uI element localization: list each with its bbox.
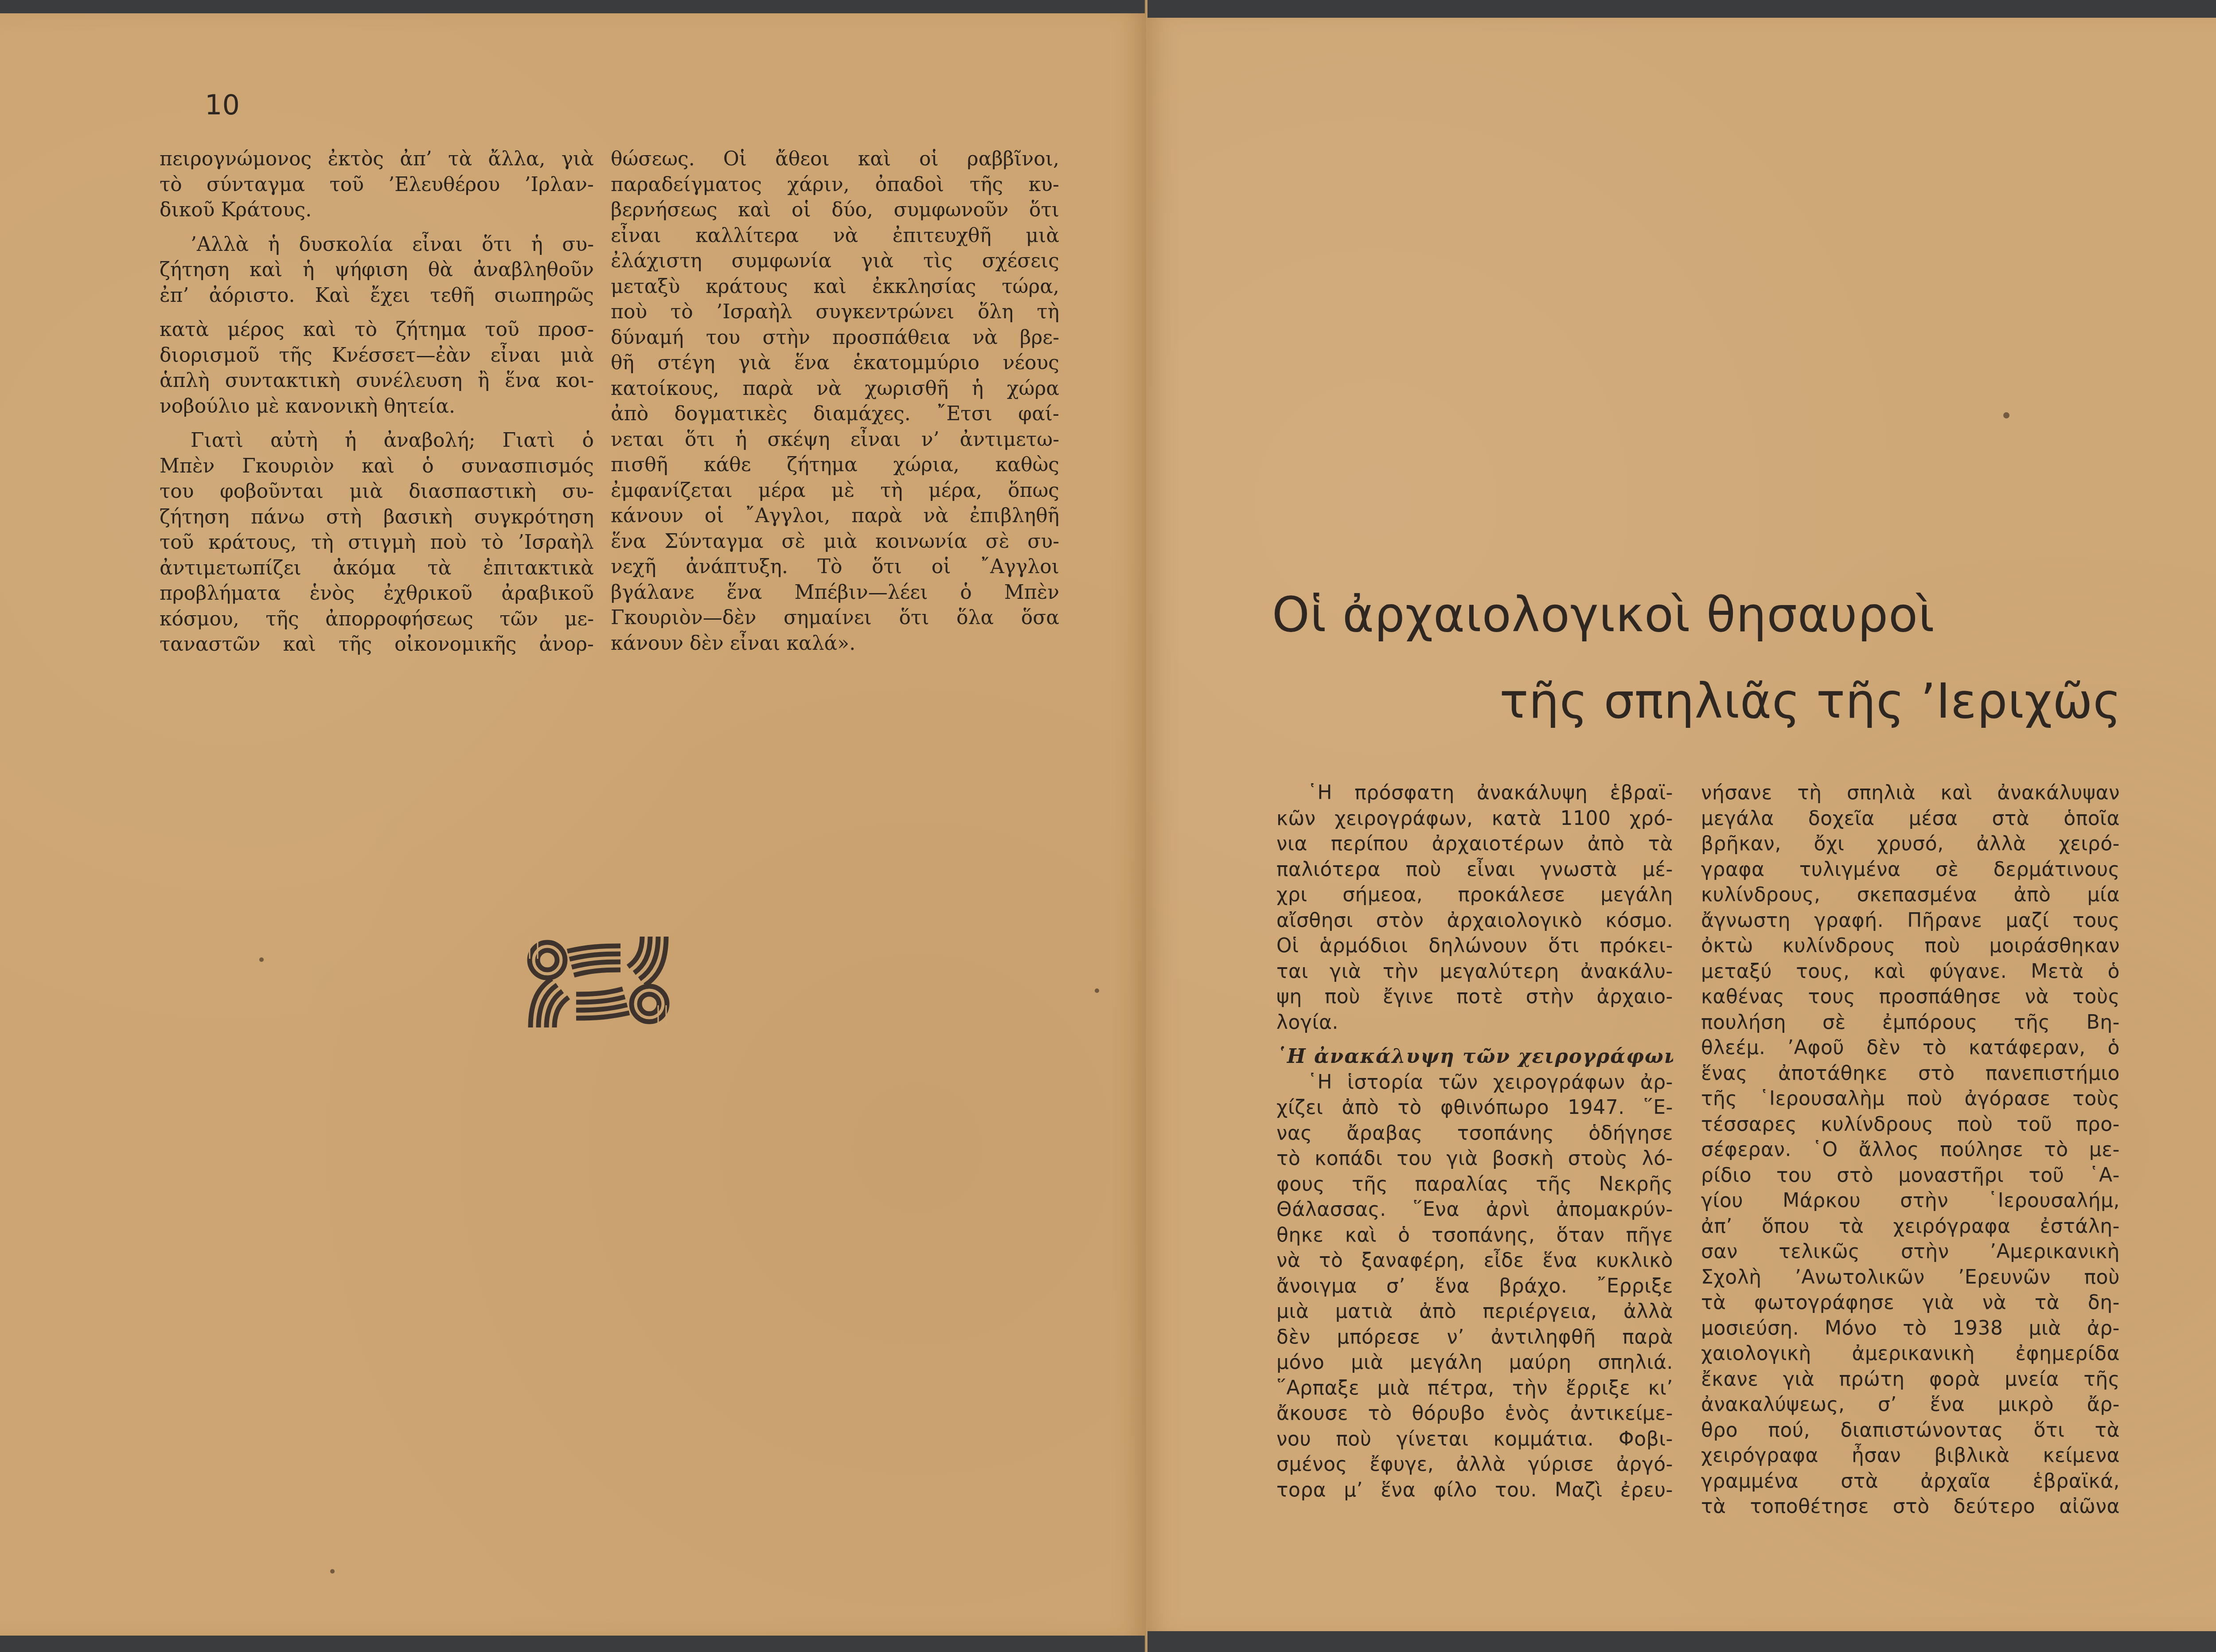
text-line: νεχῆ ἀνάπτυξη. Τὸ ὅτι οἱ ῎Αγγλοι	[611, 554, 1059, 580]
text-line: παραδείγματος χάριν, ὀπαδοὶ τῆς κυ-	[611, 172, 1059, 198]
text-line: τὸ κοπάδι του γιὰ βοσκὴ στοὺς λό-	[1276, 1146, 1673, 1172]
text-line: Θάλασσας. ῞Ενα ἀρνὶ ἀπομακρύν-	[1276, 1197, 1673, 1222]
text-line: γραφα τυλιγμένα σὲ δερμάτινους	[1701, 857, 2120, 883]
text-line: τέσσαρες κυλίνδρους ποὺ τοῦ προ-	[1701, 1112, 2120, 1137]
article-title-line-2: τῆς σπηλιᾶς τῆς ’Ιεριχῶς	[1499, 674, 2122, 729]
text-line: ἐπ’ ἀόριστο. Καὶ ἔχει τεθῆ σιωπηρῶς	[160, 283, 594, 309]
text-line: προβλήματα ἑνὸς ἐχθρικοῦ ἀραβικοῦ	[160, 581, 594, 606]
text-line: ἔκανε γιὰ πρώτη φορὰ μνεία τῆς	[1701, 1367, 2120, 1392]
text-line: τῆς ῾Ιερουσαλὴμ ποὺ ἀγόρασε τοὺς	[1701, 1086, 2120, 1112]
text-line: ἀνακαλύψεως, σ’ ἕνα μικρὸ ἄρ-	[1701, 1392, 2120, 1418]
text-line: πειρογνώμονος ἐκτὸς ἀπ’ τὰ ἄλλα, γιὰ	[160, 146, 594, 172]
text-line: ψη ποὺ ἔγινε ποτὲ στὴν ἀρχαιο-	[1276, 984, 1673, 1010]
text-line: θλεέμ. ’Αφοῦ δὲν τὸ κατάφεραν, ὁ	[1701, 1035, 2120, 1061]
text-line: μοσιεύση. Μόνο τὸ 1938 μιὰ ἀρ-	[1701, 1316, 2120, 1341]
text-line: μεγάλα δοχεῖα μέσα στὰ ὁποῖα	[1701, 806, 2120, 832]
text-line: Γκουριὸν—δὲν σημαίνει ὅτι ὅλα ὅσα	[611, 605, 1059, 631]
section-subheading: ῾Η ἀνακάλυψη τῶν χειρογράφων.	[1276, 1044, 1673, 1070]
text-line: δὲν μπόρεσε ν’ ἀντιληφθῆ παρὰ	[1276, 1324, 1673, 1350]
page-number: 10	[205, 89, 240, 121]
text-line: κατοίκους, παρὰ νὰ χωρισθῆ ἡ χώρα	[611, 376, 1059, 402]
text-line: λογία.	[1276, 1010, 1673, 1035]
text-line: Γιατὶ αὐτὴ ἡ ἀναβολή; Γιατὶ ὁ	[160, 428, 594, 453]
paper-speck	[1095, 988, 1099, 993]
text-line: ἀντιμετωπίζει ἀκόμα τὰ ἐπιτακτικὰ	[160, 555, 594, 581]
text-line: τὰ φωτογράφησε γιὰ νὰ τὰ δη-	[1701, 1290, 2120, 1316]
text-line: δύναμή του στὴν προσπάθεια νὰ βρε-	[611, 325, 1059, 351]
text-line: θηκε καὶ ὁ τσοπάνης, ὅταν πῆγε	[1276, 1222, 1673, 1248]
text-line: νὰ τὸ ξαναφέρη, εἶδε ἕνα κυκλικὸ	[1276, 1248, 1673, 1273]
text-line: ἀπ’ ὅπου τὰ χειρόγραφα ἐστάλη-	[1701, 1214, 2120, 1239]
text-line: ρίδιο του στὸ μοναστῆρι τοῦ ῾Α-	[1701, 1163, 2120, 1188]
text-line: βγάλανε ἕνα Μπέβιν—λέει ὁ Μπὲν	[611, 580, 1059, 605]
text-line: θώσεως. Οἱ ἄθεοι καὶ οἱ ραββῖνοι,	[611, 146, 1059, 172]
text-line: αἴσθησι στὸν ἀρχαιολογικὸ κόσμο.	[1276, 908, 1673, 933]
text-line: ῞Αρπαξε μιὰ πέτρα, τὴν ἔρριξε κι’	[1276, 1375, 1673, 1401]
text-line: εἶναι καλλίτερα νὰ ἐπιτευχθῆ μιὰ	[611, 223, 1059, 249]
text-line: ἄνοιγμα σ’ ἕνα βράχο. ῎Ερριξε	[1276, 1273, 1673, 1299]
text-line: ἕνας ἀποτάθηκε στὸ πανεπιστήμιο	[1701, 1061, 2120, 1086]
text-line: γίου Μάρκου στὴν ῾Ιερουσαλήμ,	[1701, 1188, 2120, 1214]
text-line: κάνουν οἱ ῎Αγγλοι, παρὰ νὰ ἐπιβληθῆ	[611, 503, 1059, 529]
text-line: κόσμου, τῆς ἀπορροφήσεως τῶν με-	[160, 606, 594, 632]
paper-speck	[330, 1569, 335, 1574]
article-title-line-1: Οἱ ἀρχαιολογικοὶ θησαυροὶ	[1272, 587, 1935, 643]
text-line: ῾Η πρόσφατη ἀνακάλυψη ἑβραϊ-	[1276, 780, 1673, 806]
text-line: Οἱ ἁρμόδιοι δηλώνουν ὅτι πρόκει-	[1276, 933, 1673, 959]
paper-speck	[2003, 412, 2009, 418]
text-line: πισθῆ κάθε ζήτημα χώρια, καθὼς	[611, 452, 1059, 478]
text-line: ταναστῶν καὶ τῆς οἰκονομικῆς ἀνορ-	[160, 632, 594, 657]
text-line: ’Αλλὰ ἡ δυσκολία εἶναι ὅτι ἡ συ-	[160, 232, 594, 258]
text-line: νεται ὅτι ἡ σκέψη εἶναι ν’ ἀντιμετω-	[611, 427, 1059, 453]
text-line: χαιολογικὴ ἀμερικανικὴ ἐφημερίδα	[1701, 1341, 2120, 1367]
paper-speck	[259, 957, 264, 962]
text-line: ζήτηση καὶ ἡ ψήφιση θὰ ἀναβληθοῦν	[160, 257, 594, 283]
text-line: σέφεραν. ῾Ο ἄλλος πούλησε τὸ με-	[1701, 1137, 2120, 1163]
text-line: ὀκτὼ κυλίνδρους ποὺ μοιράσθηκαν	[1701, 933, 2120, 959]
text-line: ἁπλὴ συντακτικὴ συνέλευση ἢ ἕνα κοι-	[160, 368, 594, 394]
text-line: φους τῆς παραλίας τῆς Νεκρῆς	[1276, 1172, 1673, 1197]
text-line: νου ποὺ γίνεται κομμάτια. Φοβι-	[1276, 1426, 1673, 1452]
text-line: ται γιὰ τὴν μεγαλύτερη ἀνακάλυ-	[1276, 959, 1673, 984]
text-line: γραμμένα στὰ ἀρχαῖα ἑβραϊκά,	[1701, 1468, 2120, 1494]
text-line: βρῆκαν, ὄχι χρυσό, ἀλλὰ χειρό-	[1701, 831, 2120, 857]
right-page-column-1: ῾Η πρόσφατη ἀνακάλυψη ἑβραϊ- κῶν χειρογρ…	[1276, 780, 1673, 1503]
left-page-column-1: πειρογνώμονος ἐκτὸς ἀπ’ τὰ ἄλλα, γιὰ τὸ …	[160, 146, 594, 657]
text-line: ἐμφανίζεται μέρα μὲ τὴ μέρα, ὅπως	[611, 478, 1059, 504]
left-page-column-2: θώσεως. Οἱ ἄθεοι καὶ οἱ ραββῖνοι, παραδε…	[611, 146, 1059, 656]
text-line: σμένος ἔφυγε, ἀλλὰ γύρισε ἀργό-	[1276, 1452, 1673, 1477]
text-line: Σχολὴ ’Ανωτολικῶν ’Ερευνῶν ποὺ	[1701, 1265, 2120, 1290]
text-line: τοῦ κράτους, τὴ στιγμὴ ποὺ τὸ ’Ισραὴλ	[160, 530, 594, 555]
text-line: νοβούλιο μὲ κανονικὴ θητεία.	[160, 394, 594, 419]
text-line: κυλίνδρους, σκεπασμένα ἀπὸ μία	[1701, 882, 2120, 908]
text-line: μεταξύ τους, καὶ φύγανε. Μετὰ ὁ	[1701, 959, 2120, 984]
text-line: ποὺ τὸ ’Ισραὴλ συγκεντρώνει ὅλη τὴ	[611, 299, 1059, 325]
text-line: χειρόγραφα ἦσαν βιβλικὰ κείμενα	[1701, 1443, 2120, 1468]
text-line: χρι σήμεοα, προκάλεσε μεγάλη	[1276, 882, 1673, 908]
text-line: ῾Η ἱστορία τῶν χειρογράφων ἀρ-	[1276, 1070, 1673, 1095]
text-line: τορα μ’ ἕνα φίλο του. Μαζὶ ἐρευ-	[1276, 1477, 1673, 1503]
text-line: κῶν χειρογράφων, κατὰ 1100 χρό-	[1276, 806, 1673, 832]
text-line: διορισμοῦ τῆς Κνέσσετ—ἐὰν εἶναι μιὰ	[160, 343, 594, 368]
text-line: βερνήσεως καὶ οἱ δύο, συμφωνοῦν ὅτι	[611, 197, 1059, 223]
text-line: μόνο μιὰ μεγάλη μαύρη σπηλιά.	[1276, 1350, 1673, 1375]
text-line: ἐλάχιστη συμφωνία γιὰ τὶς σχέσεις	[611, 248, 1059, 274]
text-line: ἄκουσε τὸ θόρυβο ἑνὸς ἀντικείμε-	[1276, 1401, 1673, 1426]
text-line: θῆ στέγη γιὰ ἕνα ἑκατομμύριο νέους	[611, 350, 1059, 376]
text-line: πουλήση σὲ ἐμπόρους τῆς Βη-	[1701, 1010, 2120, 1035]
text-line: τὰ τοποθέτησε στὸ δεύτερο αἰῶνα	[1701, 1494, 2120, 1519]
text-line: νήσανε τὴ σπηλιὰ καὶ ἀνακάλυψαν	[1701, 780, 2120, 806]
text-line: νας ἄραβας τσοπάνης ὁδήγησε	[1276, 1121, 1673, 1146]
text-line: ἀπὸ δογματικὲς διαμάχες. ῎Ετσι φαί-	[611, 401, 1059, 427]
interlaced-stripes-logo-icon	[525, 934, 671, 1030]
text-line: παλιότερα ποὺ εἶναι γνωστὰ μέ-	[1276, 857, 1673, 883]
text-line: ἄγνωστη γραφή. Πῆρανε μαζί τους	[1701, 908, 2120, 933]
text-line: ἕνα Σύνταγμα σὲ μιὰ κοινωνία σὲ συ-	[611, 529, 1059, 555]
text-line: χίζει ἀπὸ τὸ φθινόπωρο 1947. ῞Ε-	[1276, 1095, 1673, 1121]
text-line: δικοῦ Κράτους.	[160, 197, 594, 223]
text-line: νια περίπου ἀρχαιοτέρων ἀπὸ τὰ	[1276, 831, 1673, 857]
text-line: κάνουν δὲν εἶναι καλά».	[611, 631, 1059, 656]
text-line: σαν τελικῶς στὴν ’Αμερικανικὴ	[1701, 1239, 2120, 1265]
text-line: καθένας τους προσπάθησε νὰ τοὺς	[1701, 984, 2120, 1010]
text-line: τὸ σύνταγμα τοῦ ’Ελευθέρου ’Ιρλαν-	[160, 172, 594, 198]
text-line: θρο πού, διαπιστώνοντας ὅτι τὰ	[1701, 1418, 2120, 1443]
text-line: Μπὲν Γκουριὸν καὶ ὁ συνασπισμός	[160, 453, 594, 479]
text-line: κατὰ μέρος καὶ τὸ ζήτημα τοῦ προσ-	[160, 317, 594, 343]
text-line: του φοβοῦνται μιὰ διασπαστικὴ συ-	[160, 479, 594, 504]
text-line: μεταξὺ κράτους καὶ ἐκκλησίας τώρα,	[611, 274, 1059, 300]
text-line: ζήτηση πάνω στὴ βασικὴ συγκρότηση	[160, 504, 594, 530]
text-line: μιὰ ματιὰ ἀπὸ περιέργεια, ἀλλὰ	[1276, 1299, 1673, 1324]
right-page-column-2: νήσανε τὴ σπηλιὰ καὶ ἀνακάλυψαν μεγάλα δ…	[1701, 780, 2120, 1519]
